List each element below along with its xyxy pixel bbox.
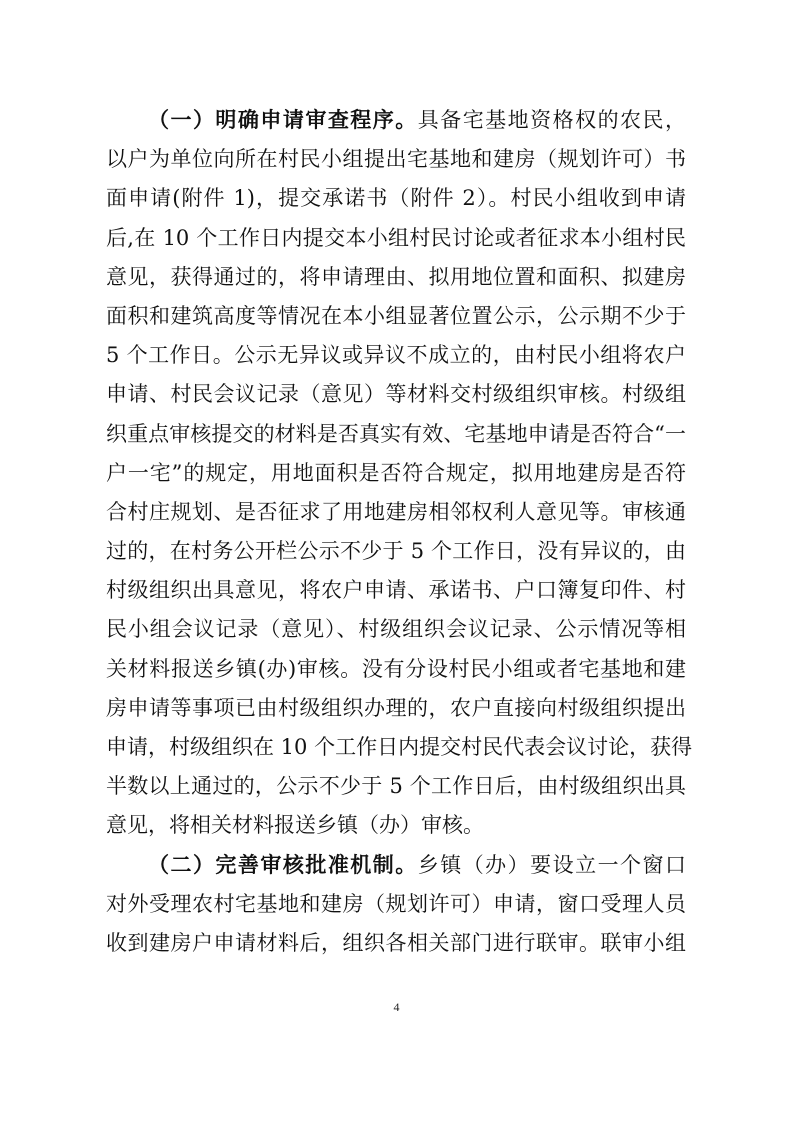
page-number: 4 [0,1000,793,1015]
paragraph-line: 后,在 10 个工作日内提交本小组村民讨论或者征求本小组村民 [106,219,686,258]
section-heading-1: （一）明确申请审查程序。 [148,108,418,132]
paragraph-line: 收到建房户申请材料后，组织各相关部门进行联审。联审小组 [106,924,686,963]
paragraph-text: 具备宅基地资格权的农民， [418,108,686,132]
document-page: （一）明确申请审查程序。具备宅基地资格权的农民， 以户为单位向所在村民小组提出宅… [0,0,793,1122]
paragraph-line: 户一宅”的规定，用地面积是否符合规定，拟用地建房是否符 [106,454,686,493]
paragraph-line: 村级组织出具意见，将农户申请、承诺书、户口簿复印件、村 [106,571,686,610]
paragraph-text: 乡镇（办）要设立一个窗口 [418,853,686,877]
paragraph-line: 面申请(附件 1)，提交承诺书（附件 2）。村民小组收到申请 [106,179,686,218]
paragraph-line: 织重点审核提交的材料是否真实有效、宅基地申请是否符合“一 [106,415,686,454]
paragraph-line: 对外受理农村宅基地和建房（规划许可）申请，窗口受理人员 [106,885,686,924]
section-heading-2: （二）完善审核批准机制。 [148,853,418,877]
paragraph-line: 面积和建筑高度等情况在本小组显著位置公示，公示期不少于 [106,297,686,336]
paragraph-line: 半数以上通过的，公示不少于 5 个工作日后，由村级组织出具 [106,767,686,806]
paragraph-line: 过的，在村务公开栏公示不少于 5 个工作日，没有异议的，由 [106,532,686,571]
paragraph-line: 民小组会议记录（意见）、村级组织会议记录、公示情况等相 [106,610,686,649]
paragraph-line: 意见，将相关材料报送乡镇（办）审核。 [106,806,686,845]
paragraph-line: 意见，获得通过的，将申请理由、拟用地位置和面积、拟建房 [106,258,686,297]
document-body: （一）明确申请审查程序。具备宅基地资格权的农民， 以户为单位向所在村民小组提出宅… [106,101,686,963]
paragraph-line: 关材料报送乡镇(办)审核。没有分设村民小组或者宅基地和建 [106,650,686,689]
paragraph-line: 5 个工作日。公示无异议或异议不成立的，由村民小组将农户 [106,336,686,375]
paragraph-line: 申请，村级组织在 10 个工作日内提交村民代表会议讨论，获得 [106,728,686,767]
paragraph-line: 合村庄规划、是否征求了用地建房相邻权利人意见等。审核通 [106,493,686,532]
paragraph-line: 申请、村民会议记录（意见）等材料交村级组织审核。村级组 [106,375,686,414]
paragraph-2-line-1: （二）完善审核批准机制。乡镇（办）要设立一个窗口 [106,846,686,885]
paragraph-line: 以户为单位向所在村民小组提出宅基地和建房（规划许可）书 [106,140,686,179]
paragraph-line: 房申请等事项已由村级组织办理的，农户直接向村级组织提出 [106,689,686,728]
paragraph-1-line-1: （一）明确申请审查程序。具备宅基地资格权的农民， [106,101,686,140]
